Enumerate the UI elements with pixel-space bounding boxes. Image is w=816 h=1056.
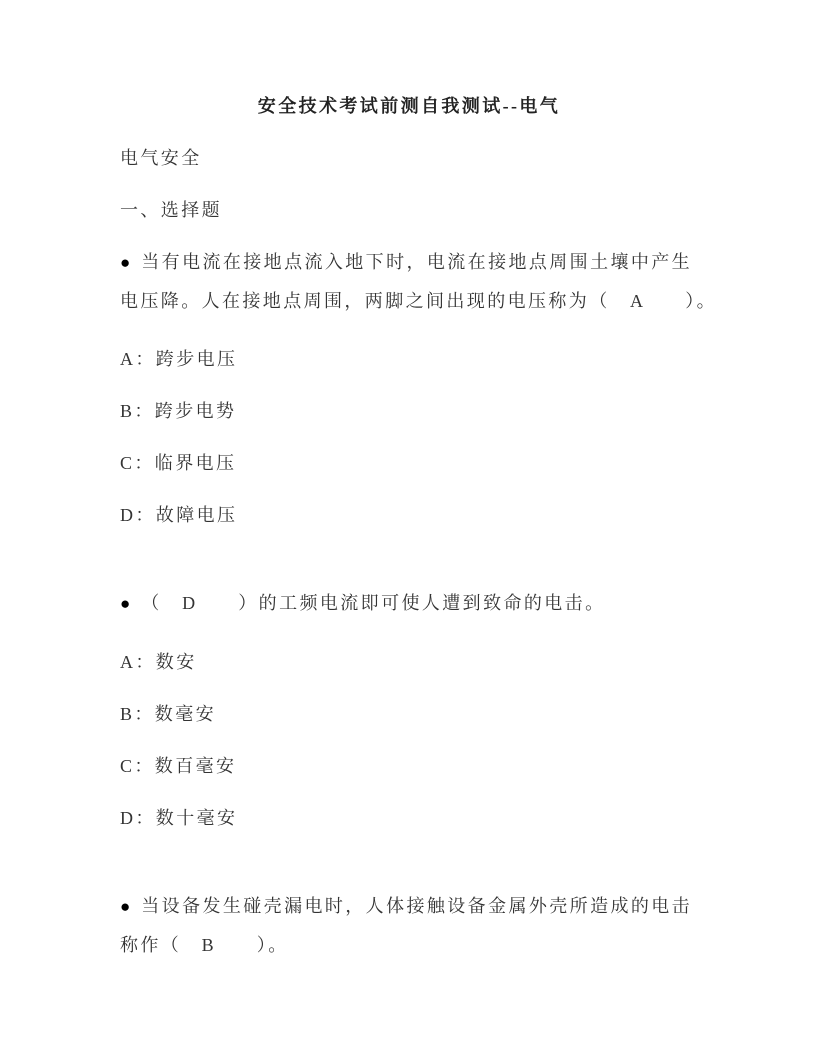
question-line: 称作（ B ）。 (120, 926, 698, 964)
document-subtitle: 电气安全 (120, 139, 698, 177)
page-title: 安全技术考试前测自我测试--电气 (120, 87, 698, 125)
question-block-3: ●当设备发生碰壳漏电时，人体接触设备金属外壳所造成的电击 称作（ B ）。 (120, 887, 698, 964)
bullet-icon: ● (120, 888, 130, 926)
option-item-c: C：临界电压 (120, 444, 698, 482)
question-text: ●当设备发生碰壳漏电时，人体接触设备金属外壳所造成的电击 称作（ B ）。 (120, 887, 698, 964)
option-item-d: D：数十毫安 (120, 799, 698, 837)
section-heading: 一、选择题 (120, 191, 698, 229)
question-line: ●当有电流在接地点流入地下时，电流在接地点周围土壤中产生 (120, 243, 698, 282)
option-item-a: A：数安 (120, 643, 698, 681)
question-line: ●（ D ）的工频电流即可使人遭到致命的电击。 (120, 584, 698, 623)
option-item-a: A：跨步电压 (120, 340, 698, 378)
question-line: 电压降。人在接地点周围，两脚之间出现的电压称为（ A ）。 (120, 282, 698, 320)
question-line: ●当设备发生碰壳漏电时，人体接触设备金属外壳所造成的电击 (120, 887, 698, 926)
document-page: 安全技术考试前测自我测试--电气 电气安全 一、选择题 ●当有电流在接地点流入地… (0, 0, 816, 1056)
option-item-c: C：数百毫安 (120, 747, 698, 785)
question-line-text: 当有电流在接地点流入地下时，电流在接地点周围土壤中产生 (141, 252, 692, 272)
question-text: ●（ D ）的工频电流即可使人遭到致命的电击。 (120, 584, 698, 623)
option-item-b: B：数毫安 (120, 695, 698, 733)
paragraph-spacer (120, 851, 698, 887)
question-text: ●当有电流在接地点流入地下时，电流在接地点周围土壤中产生 电压降。人在接地点周围… (120, 243, 698, 320)
paragraph-spacer (120, 548, 698, 584)
question-block-2: ●（ D ）的工频电流即可使人遭到致命的电击。 A：数安 B：数毫安 C：数百毫… (120, 584, 698, 837)
question-block-1: ●当有电流在接地点流入地下时，电流在接地点周围土壤中产生 电压降。人在接地点周围… (120, 243, 698, 534)
option-item-d: D：故障电压 (120, 496, 698, 534)
question-line-text: （ D ）的工频电流即可使人遭到致命的电击。 (141, 593, 605, 613)
option-item-b: B：跨步电势 (120, 392, 698, 430)
question-line-text: 当设备发生碰壳漏电时，人体接触设备金属外壳所造成的电击 (141, 896, 692, 916)
bullet-icon: ● (120, 585, 130, 623)
bullet-icon: ● (120, 244, 130, 282)
